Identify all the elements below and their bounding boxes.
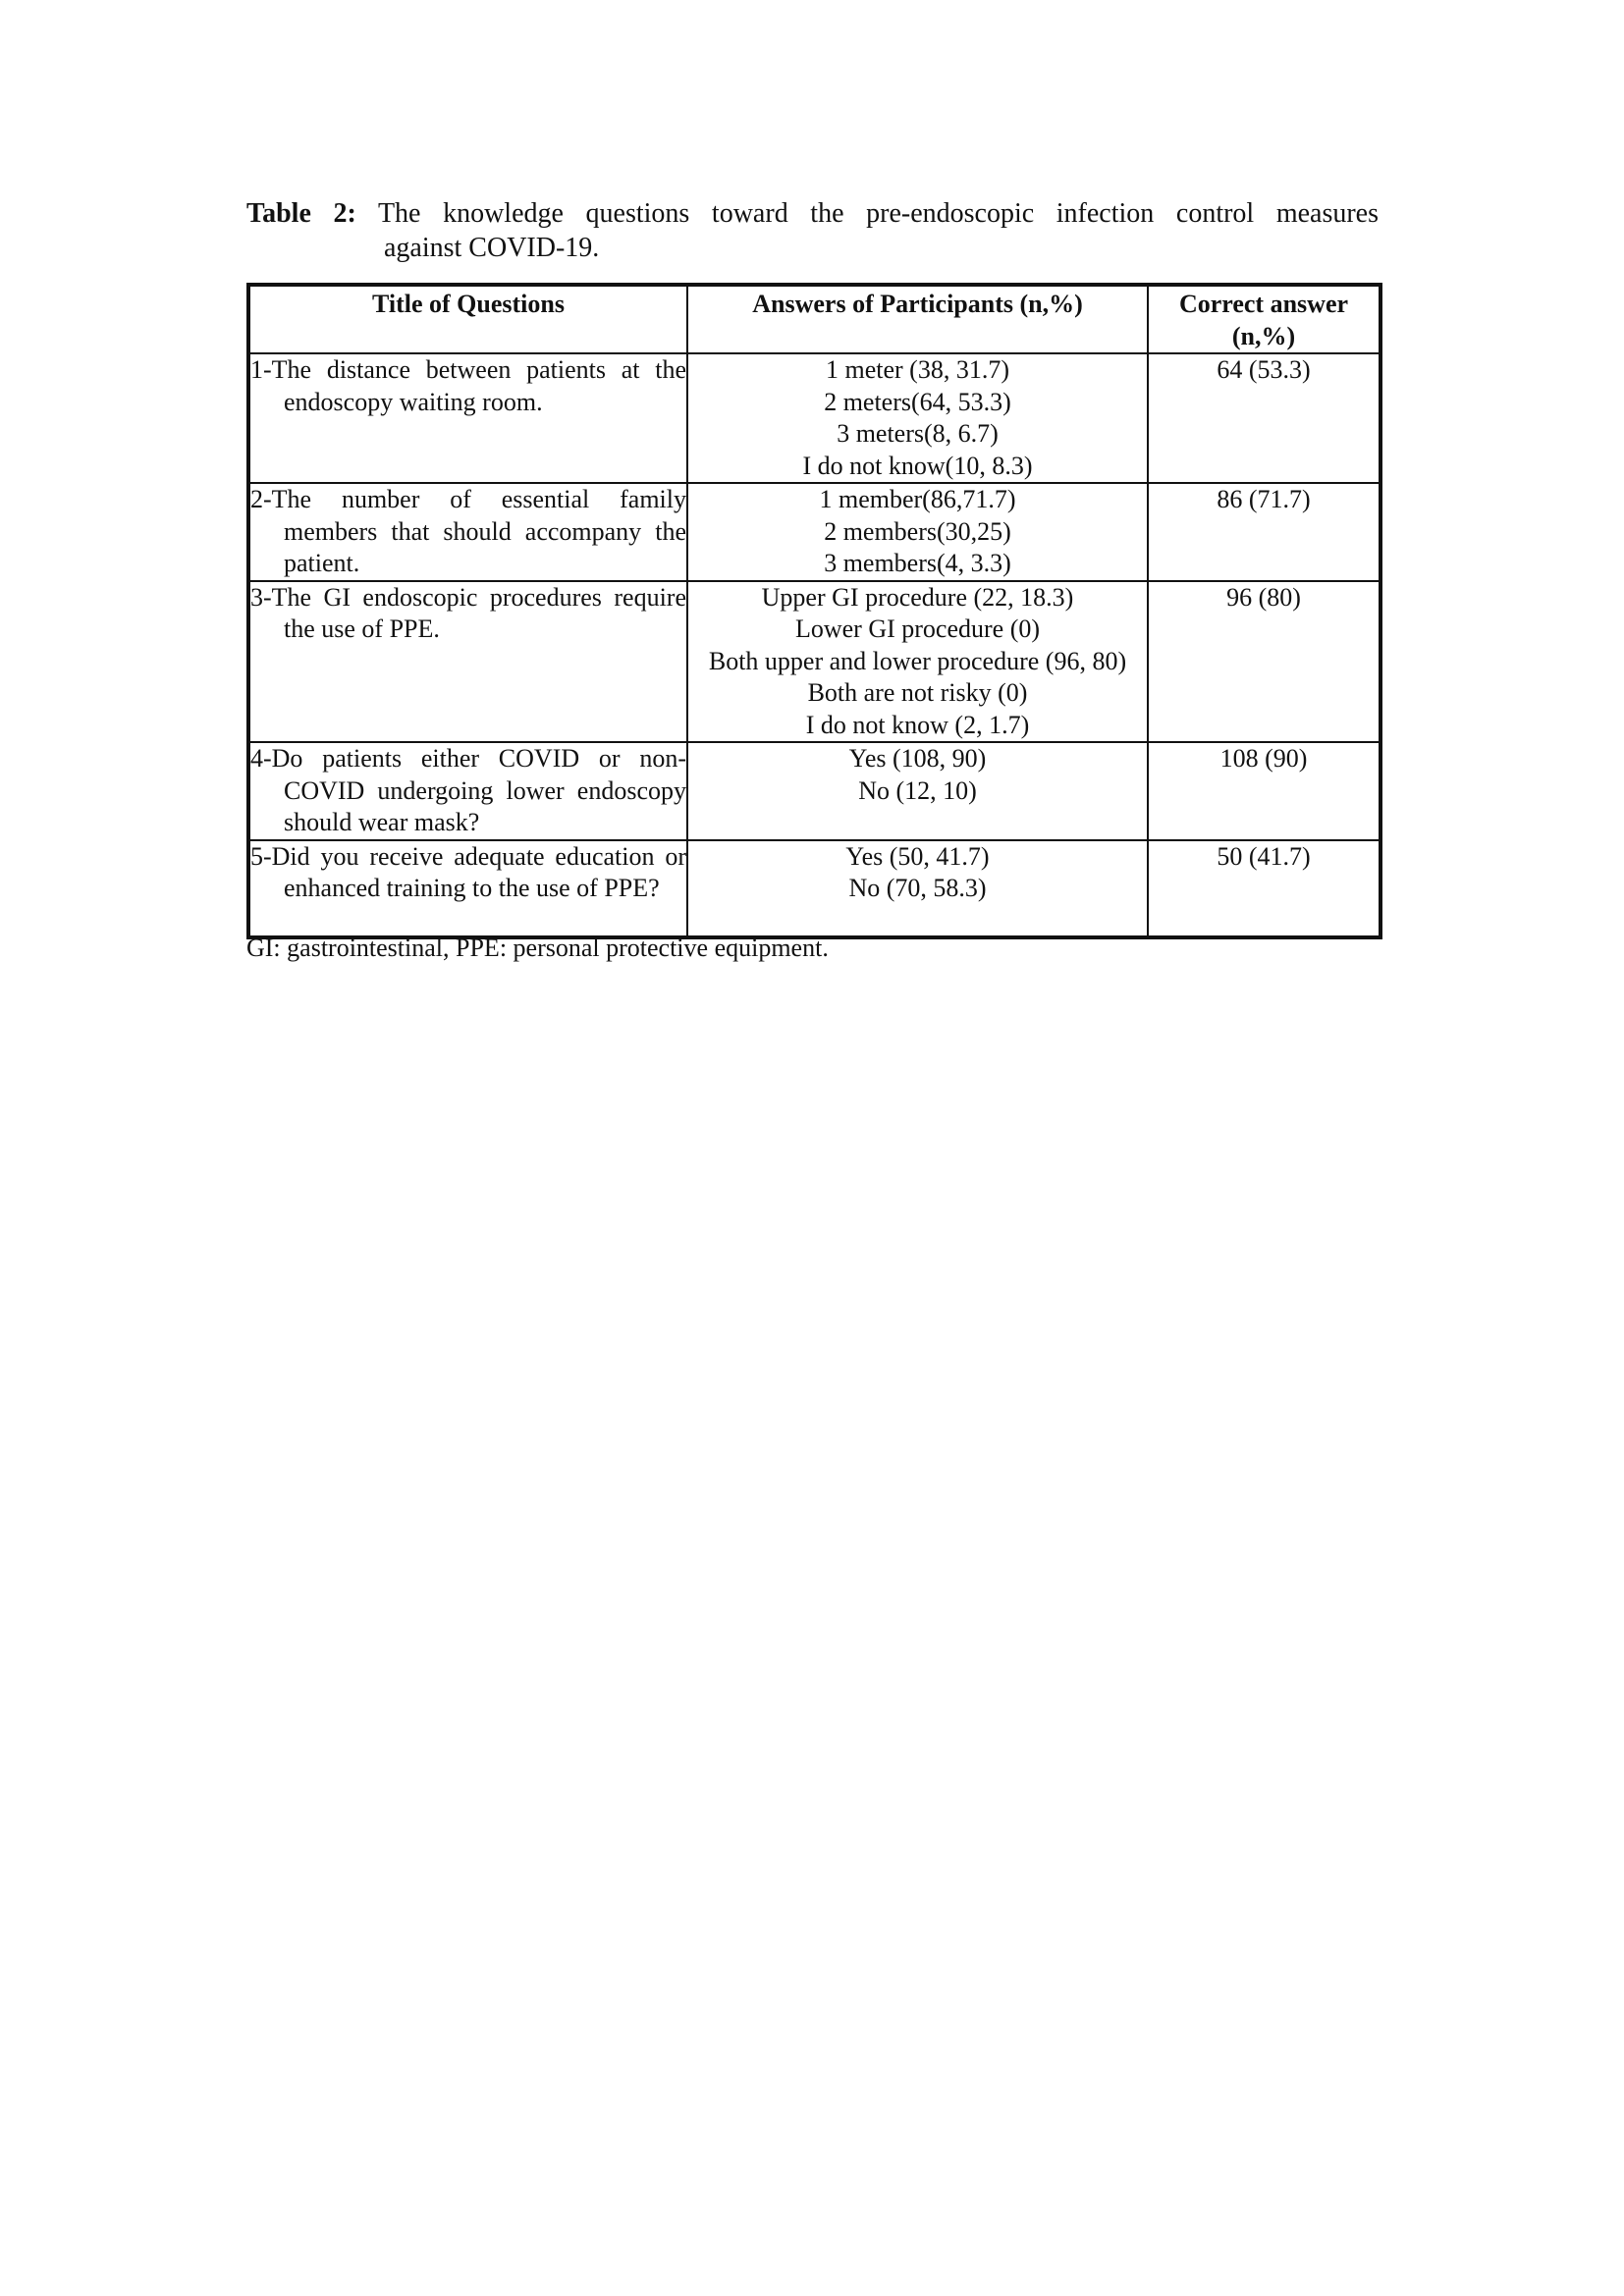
correct-answer-cell: 108 (90)	[1148, 742, 1380, 840]
answer-option: 3 meters(8, 6.7)	[688, 418, 1147, 451]
header-answers: Answers of Participants (n,%)	[687, 285, 1148, 353]
question-text: 4-Do patients either COVID or non-COVID …	[250, 743, 686, 839]
answer-option: 1 meter (38, 31.7)	[688, 354, 1147, 387]
question-cell: 4-Do patients either COVID or non-COVID …	[248, 742, 687, 840]
answer-option: No (70, 58.3)	[688, 873, 1147, 905]
correct-answer-cell: 64 (53.3)	[1148, 353, 1380, 483]
question-cell: 2-The number of essential family members…	[248, 483, 687, 581]
correct-answer-cell: 50 (41.7)	[1148, 840, 1380, 937]
table-row: 3-The GI endoscopic procedures require t…	[248, 581, 1380, 743]
answers-cell: 1 meter (38, 31.7)2 meters(64, 53.3)3 me…	[687, 353, 1148, 483]
answer-option: Both upper and lower procedure (96, 80)	[688, 646, 1147, 678]
header-row: Title of Questions Answers of Participan…	[248, 285, 1380, 353]
answer-option: 2 meters(64, 53.3)	[688, 387, 1147, 419]
table-row: 4-Do patients either COVID or non-COVID …	[248, 742, 1380, 840]
question-text: 5-Did you receive adequate education or …	[250, 841, 686, 905]
answer-option: 3 members(4, 3.3)	[688, 548, 1147, 580]
answer-option: I do not know (2, 1.7)	[688, 710, 1147, 742]
header-correct: Correct answer (n,%)	[1148, 285, 1380, 353]
answers-cell: Yes (50, 41.7)No (70, 58.3)	[687, 840, 1148, 937]
answers-cell: Upper GI procedure (22, 18.3)Lower GI pr…	[687, 581, 1148, 743]
correct-answer-cell: 86 (71.7)	[1148, 483, 1380, 581]
question-cell: 1-The distance between patients at the e…	[248, 353, 687, 483]
answer-option: Lower GI procedure (0)	[688, 614, 1147, 646]
answer-option: Both are not risky (0)	[688, 677, 1147, 710]
table-caption: Table 2: The knowledge questions toward …	[246, 196, 1379, 231]
answer-option: Upper GI procedure (22, 18.3)	[688, 582, 1147, 614]
correct-answer-cell: 96 (80)	[1148, 581, 1380, 743]
answers-cell: 1 member(86,71.7)2 members(30,25)3 membe…	[687, 483, 1148, 581]
answer-option: I do not know(10, 8.3)	[688, 451, 1147, 483]
answer-option: Yes (108, 90)	[688, 743, 1147, 775]
answers-cell: Yes (108, 90)No (12, 10)	[687, 742, 1148, 840]
table-label: Table 2:	[246, 198, 356, 229]
answer-option: No (12, 10)	[688, 775, 1147, 808]
question-cell: 3-The GI endoscopic procedures require t…	[248, 581, 687, 743]
question-cell: 5-Did you receive adequate education or …	[248, 840, 687, 937]
question-text: 2-The number of essential family members…	[250, 484, 686, 580]
question-text: 3-The GI endoscopic procedures require t…	[250, 582, 686, 646]
question-text: 1-The distance between patients at the e…	[250, 354, 686, 418]
table-row: 1-The distance between patients at the e…	[248, 353, 1380, 483]
answer-option: Yes (50, 41.7)	[688, 841, 1147, 874]
table-row: 2-The number of essential family members…	[248, 483, 1380, 581]
table-row: 5-Did you receive adequate education or …	[248, 840, 1380, 937]
caption-text: The knowledge questions toward the pre-e…	[378, 198, 1379, 229]
answer-option: 2 members(30,25)	[688, 516, 1147, 549]
table-footnote: GI: gastrointestinal, PPE: personal prot…	[246, 933, 829, 964]
header-question: Title of Questions	[248, 285, 687, 353]
caption-continuation: against COVID-19.	[384, 231, 599, 265]
knowledge-table: Title of Questions Answers of Participan…	[246, 283, 1382, 939]
answer-option: 1 member(86,71.7)	[688, 484, 1147, 516]
